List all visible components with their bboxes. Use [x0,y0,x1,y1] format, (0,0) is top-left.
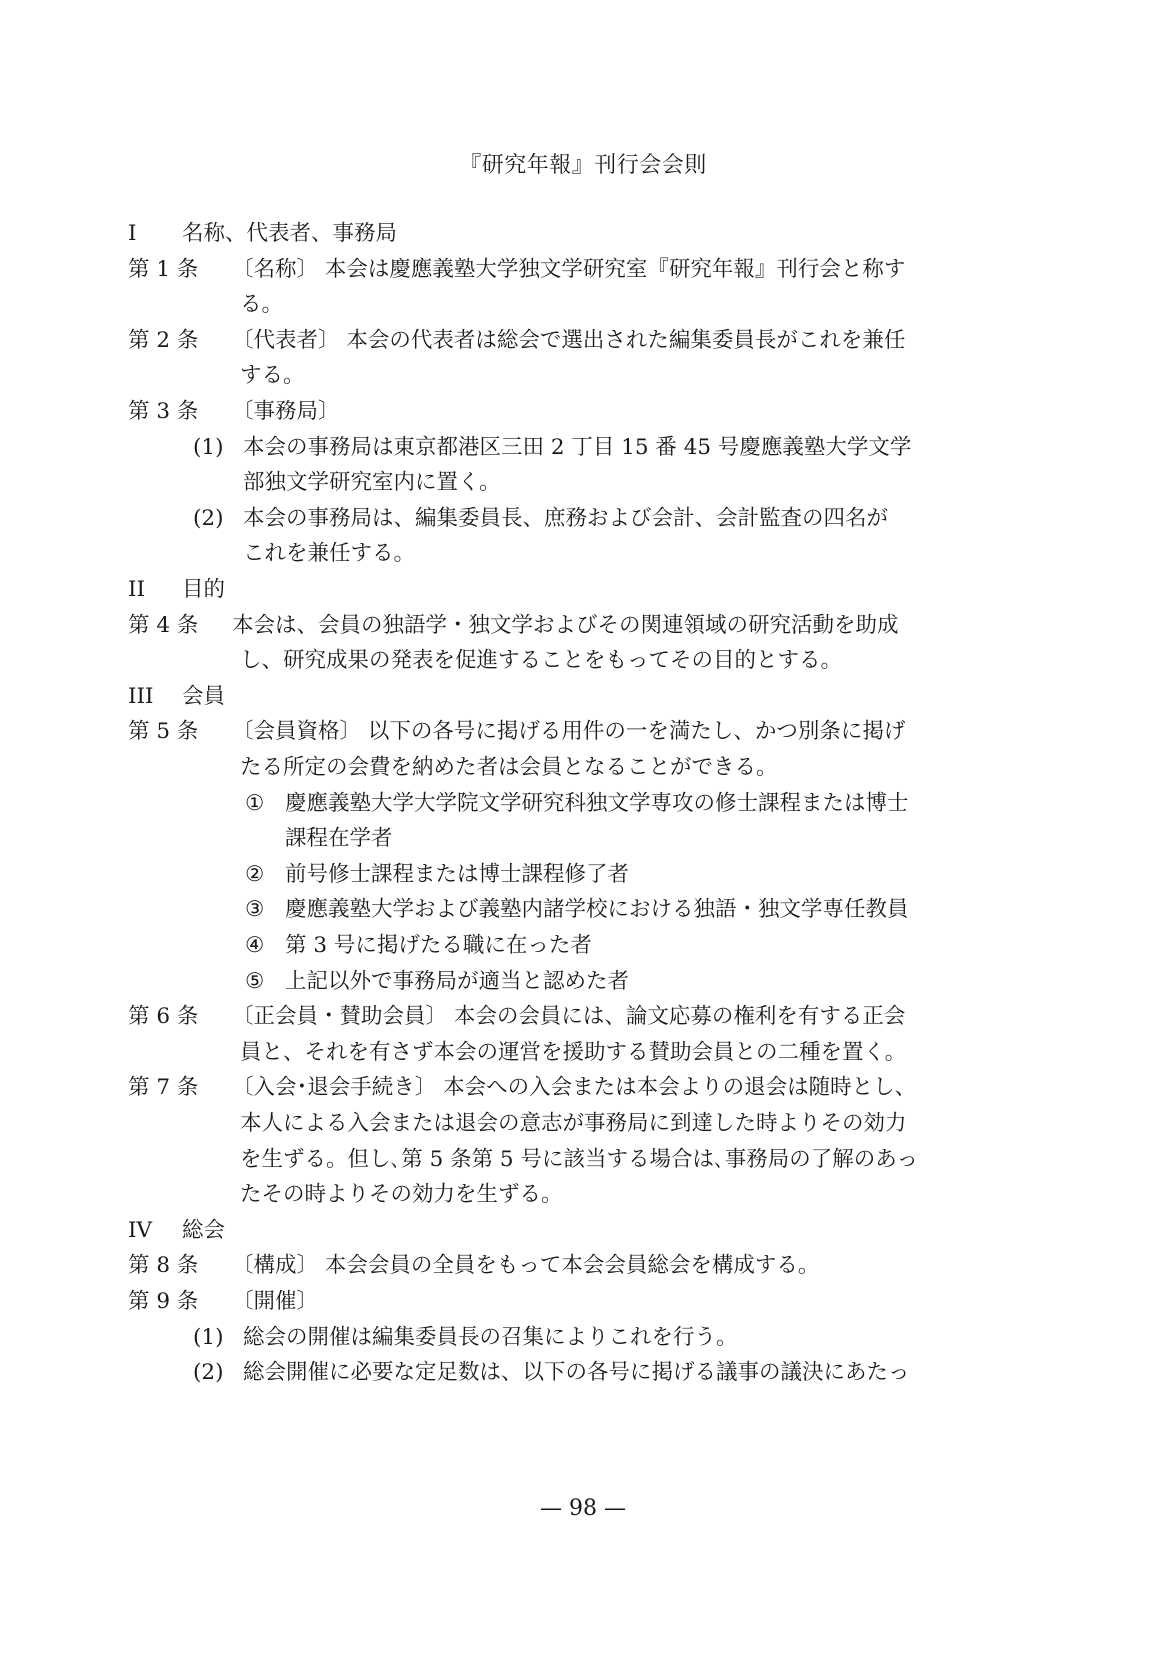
line-text: する。 [240,362,305,390]
item-number: ② [245,861,264,889]
line-text: 〔正会員・賛助会員〕 本会の会員には、論文応募の権利を有する正会 [232,1003,905,1031]
line-text: 慶應義塾大学および義塾内諸学校における独語・独文学専任教員 [285,896,909,924]
line-text: 本人による入会または退会の意志が事務局に到達した時よりその効力 [240,1110,907,1138]
line-text: し、研究成果の発表を促進することをもってその目的とする。 [240,647,842,675]
line-text: 員と、それを有さず本会の運営を援助する賛助会員との二種を置く。 [240,1039,906,1067]
line-text: る。 [240,291,283,319]
item-number: ③ [245,896,264,924]
item-number: ① [245,790,264,818]
line-text: 部独文学研究室内に置く。 [243,469,501,497]
article-number: 第 3 条 [128,398,198,426]
article-number: 第 9 条 [128,1288,198,1316]
line-text: 会員 [182,683,225,711]
page-number: — 98 — [0,1496,1166,1521]
line-text: 総会の開催は編集委員長の召集によりこれを行う。 [243,1324,738,1352]
line-text: 上記以外で事務局が適当と認めた者 [285,968,629,996]
document-page: 『研究年報』刊行会会則 I名称、代表者、事務局第 1 条〔名称〕 本会は慶應義塾… [0,0,1166,1654]
line-text: 慶應義塾大学大学院文学研究科独文学専攻の修士課程または博士 [285,790,909,818]
line-text: これを兼任する。 [243,540,415,568]
line-text: 目的 [182,576,225,604]
line-text: 〔名称〕 本会は慶應義塾大学独文学研究室『研究年報』刊行会と称す [232,256,905,284]
item-number: (1) [193,434,223,462]
line-text: 第 3 号に掲げたる職に在った者 [285,932,592,960]
section-number: II [128,576,145,604]
line-text: 〔構成〕 本会会員の全員をもって本会会員総会を構成する。 [232,1252,819,1280]
article-number: 第 2 条 [128,327,198,355]
line-text: 〔代表者〕 本会の代表者は総会で選出された編集委員長がこれを兼任 [232,327,905,355]
item-number: ⑤ [245,968,264,996]
line-text: 本会は、会員の独語学・独文学およびその関連領域の研究活動を助成 [232,612,899,640]
item-number: (2) [193,1359,223,1387]
article-number: 第 7 条 [128,1074,198,1102]
line-text: 〔開催〕 [232,1288,318,1316]
article-number: 第 4 条 [128,612,198,640]
document-title: 『研究年報』刊行会会則 [0,148,1166,179]
line-text: 〔会員資格〕 以下の各号に掲げる用件の一を満たし、かつ別条に掲げ [232,718,905,746]
line-text: 課程在学者 [285,825,393,853]
line-text: たその時よりその効力を生ずる。 [240,1181,563,1209]
line-text: を生ずる。但し､第 5 条第 5 号に該当する場合は､事務局の了解のあっ [240,1146,918,1174]
line-text: 総会開催に必要な定足数は、以下の各号に掲げる議事の議決にあたっ [243,1359,910,1387]
article-number: 第 1 条 [128,256,198,284]
line-text: 本会の事務局は、編集委員長、庶務および会計、会計監査の四名が [243,505,888,533]
line-text: たる所定の会費を納めた者は会員となることができる。 [240,754,778,782]
line-text: 前号修士課程または博士課程修了者 [285,861,629,889]
line-text: 〔入会･退会手続き〕 本会への入会または本会よりの退会は随時とし、 [232,1074,916,1102]
section-number: III [128,683,153,711]
article-number: 第 8 条 [128,1252,198,1280]
section-number: I [128,220,137,248]
item-number: (2) [193,505,223,533]
item-number: ④ [245,932,264,960]
article-number: 第 6 条 [128,1003,198,1031]
section-number: IV [128,1217,152,1245]
line-text: 〔事務局〕 [232,398,340,426]
line-text: 名称、代表者、事務局 [182,220,397,248]
line-text: 本会の事務局は東京都港区三田 2 丁目 15 番 45 号慶應義塾大学文学 [243,434,911,462]
item-number: (1) [193,1324,223,1352]
article-number: 第 5 条 [128,718,198,746]
line-text: 総会 [182,1217,225,1245]
